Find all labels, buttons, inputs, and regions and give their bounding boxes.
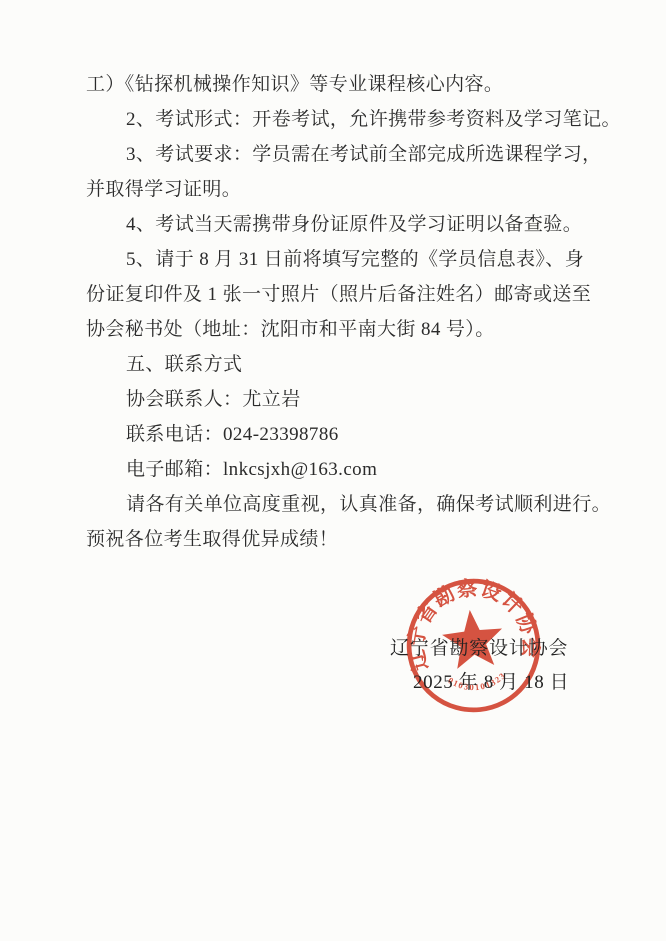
- document-page: 工）《钻探机械操作知识》等专业课程核心内容。 2、考试形式：开卷考试，允许携带参…: [0, 0, 666, 941]
- signature-org: 辽宁省勘察设计协会: [390, 633, 568, 660]
- document-line: 4、考试当天需携带身份证原件及学习证明以备查验。: [86, 207, 600, 242]
- signature-date: 2025 年 8 月 18 日: [413, 667, 569, 694]
- document-line: 份证复印件及 1 张一寸照片（照片后备注姓名）邮寄或送至: [86, 277, 600, 312]
- document-line: 工）《钻探机械操作知识》等专业课程核心内容。: [86, 67, 600, 102]
- document-line: 五、联系方式: [86, 347, 600, 382]
- document-line: 预祝各位考生取得优异成绩！: [86, 522, 600, 557]
- document-line: 电子邮箱：lnkcsjxh@163.com: [86, 452, 600, 487]
- document-line: 协会联系人：尤立岩: [86, 382, 600, 417]
- document-line: 2、考试形式：开卷考试，允许携带参考资料及学习笔记。: [86, 102, 600, 137]
- document-line: 并取得学习证明。: [86, 172, 600, 207]
- document-line: 联系电话：024-23398786: [86, 417, 600, 452]
- document-body: 工）《钻探机械操作知识》等专业课程核心内容。 2、考试形式：开卷考试，允许携带参…: [86, 67, 600, 557]
- document-line: 协会秘书处（地址：沈阳市和平南大街 84 号）。: [86, 312, 600, 347]
- document-line: 5、请于 8 月 31 日前将填写完整的《学员信息表》、身: [86, 242, 600, 277]
- document-line: 请各有关单位高度重视，认真准备，确保考试顺利进行。: [86, 487, 600, 522]
- document-line: 3、考试要求：学员需在考试前全部完成所选课程学习，: [86, 137, 600, 172]
